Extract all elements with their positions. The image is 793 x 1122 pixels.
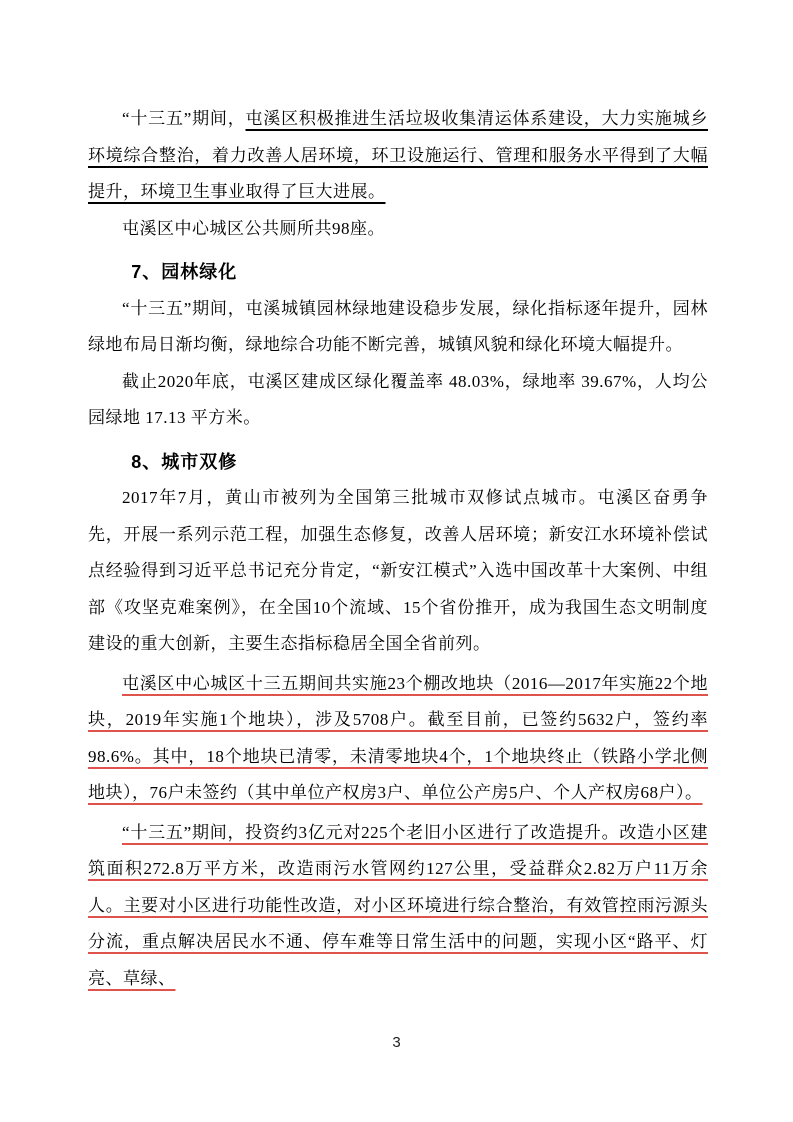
document-page: “十三五”期间，屯溪区积极推进生活垃圾收集清运体系建设，大力实施城乡环境综合整治… bbox=[0, 0, 793, 1122]
heading-7-landscaping: 7、园林绿化 bbox=[88, 254, 708, 291]
para-landscaping-progress: “十三五”期间，屯溪城镇园林绿地建设稳步发展，绿化指标逐年提升，园林绿地布局日渐… bbox=[88, 291, 708, 364]
text-run: 7、园林绿化 bbox=[131, 262, 237, 282]
text-run: “十三五”期间，屯溪城镇园林绿地建设稳步发展，绿化指标逐年提升，园林绿地布局日渐… bbox=[88, 299, 708, 355]
para-public-toilets: 屯溪区中心城区公共厕所共98座。 bbox=[88, 211, 708, 248]
text-run: 8、城市双修 bbox=[131, 452, 237, 472]
para-old-community-renovation: “十三五”期间，投资约3亿元对225个老旧小区进行了改造提升。改造小区建筑面积2… bbox=[88, 815, 708, 998]
text-run: “十三五”期间， bbox=[122, 109, 246, 128]
document-body: “十三五”期间，屯溪区积极推进生活垃圾收集清运体系建设，大力实施城乡环境综合整治… bbox=[88, 101, 708, 997]
para-greening-statistics: 截止2020年底，屯溪区建成区绿化覆盖率 48.03%，绿地率 39.67%，人… bbox=[88, 364, 708, 437]
page-number: 3 bbox=[392, 1034, 400, 1051]
page-footer: 3 bbox=[0, 1034, 793, 1052]
text-run: 截止2020年底，屯溪区建成区绿化覆盖率 48.03%，绿地率 39.67%，人… bbox=[88, 372, 708, 428]
para-sanitation-achievements: “十三五”期间，屯溪区积极推进生活垃圾收集清运体系建设，大力实施城乡环境综合整治… bbox=[88, 101, 708, 211]
underlined-text-run: “十三五”期间，投资约3亿元对225个老旧小区进行了改造提升。改造小区建筑面积2… bbox=[88, 823, 708, 988]
heading-8-urban-double-repair: 8、城市双修 bbox=[88, 444, 708, 481]
text-run: 屯溪区中心城区公共厕所共98座。 bbox=[122, 219, 385, 238]
para-shantytown-renovation: 屯溪区中心城区十三五期间共实施23个棚改地块（2016—2017年实施22个地块… bbox=[88, 666, 708, 812]
text-run: 2017年7月，黄山市被列为全国第三批城市双修试点城市。屯溪区奋勇争先，开展一系… bbox=[88, 488, 708, 653]
underlined-text-run: 屯溪区中心城区十三五期间共实施23个棚改地块（2016—2017年实施22个地块… bbox=[88, 674, 708, 803]
para-urban-double-repair: 2017年7月，黄山市被列为全国第三批城市双修试点城市。屯溪区奋勇争先，开展一系… bbox=[88, 480, 708, 663]
